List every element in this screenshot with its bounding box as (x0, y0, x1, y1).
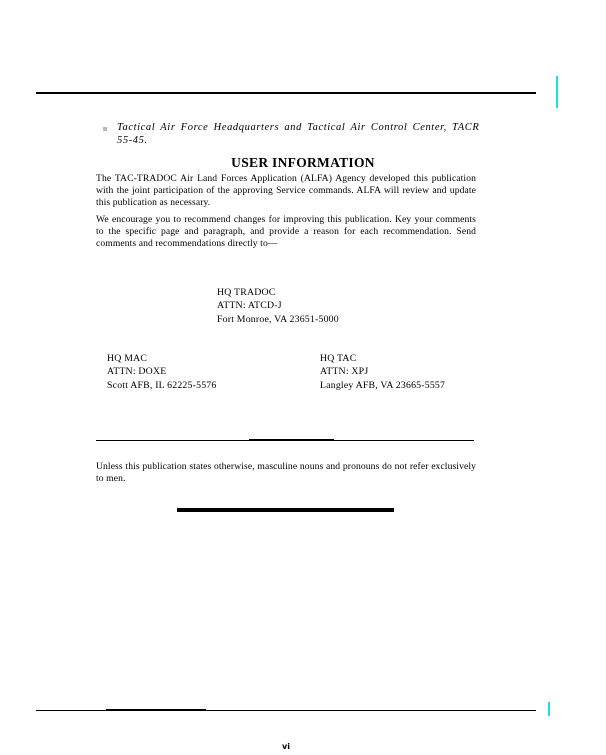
address-tac: HQ TAC ATTN: XPJ Langley AFB, VA 23665-5… (320, 352, 445, 392)
paragraph-recommendations: We encourage you to recommend changes fo… (96, 214, 476, 250)
address-mac: HQ MAC ATTN: DOXE Scott AFB, IL 62225-55… (107, 352, 217, 392)
page-number: vi (0, 742, 572, 751)
top-rule (36, 92, 536, 94)
address-line: ATTN: DOXE (107, 365, 217, 378)
bullet-icon (103, 127, 107, 131)
address-line: ATTN: ATCD-J (217, 299, 339, 312)
change-bar-top (556, 76, 558, 108)
address-line: HQ TAC (320, 352, 445, 365)
address-tradoc: HQ TRADOC ATTN: ATCD-J Fort Monroe, VA 2… (217, 286, 339, 326)
bottom-rule (36, 710, 536, 711)
paragraph-development: The TAC-TRADOC Air Land Forces Applicati… (96, 173, 476, 209)
address-line: HQ MAC (107, 352, 217, 365)
address-line: Fort Monroe, VA 23651-5000 (217, 313, 339, 326)
address-line: Langley AFB, VA 23665-5557 (320, 379, 445, 392)
address-line: HQ TRADOC (217, 286, 339, 299)
section-heading: USER INFORMATION (0, 155, 606, 171)
paragraph-gender-note: Unless this publication states otherwise… (96, 461, 476, 485)
separator-rule (96, 440, 474, 441)
thick-rule (177, 508, 394, 512)
change-bar-bottom (548, 702, 550, 716)
address-line: ATTN: XPJ (320, 365, 445, 378)
address-line: Scott AFB, IL 62225-5576 (107, 379, 217, 392)
reference-text: Tactical Air Force Headquarters and Tact… (117, 121, 497, 147)
